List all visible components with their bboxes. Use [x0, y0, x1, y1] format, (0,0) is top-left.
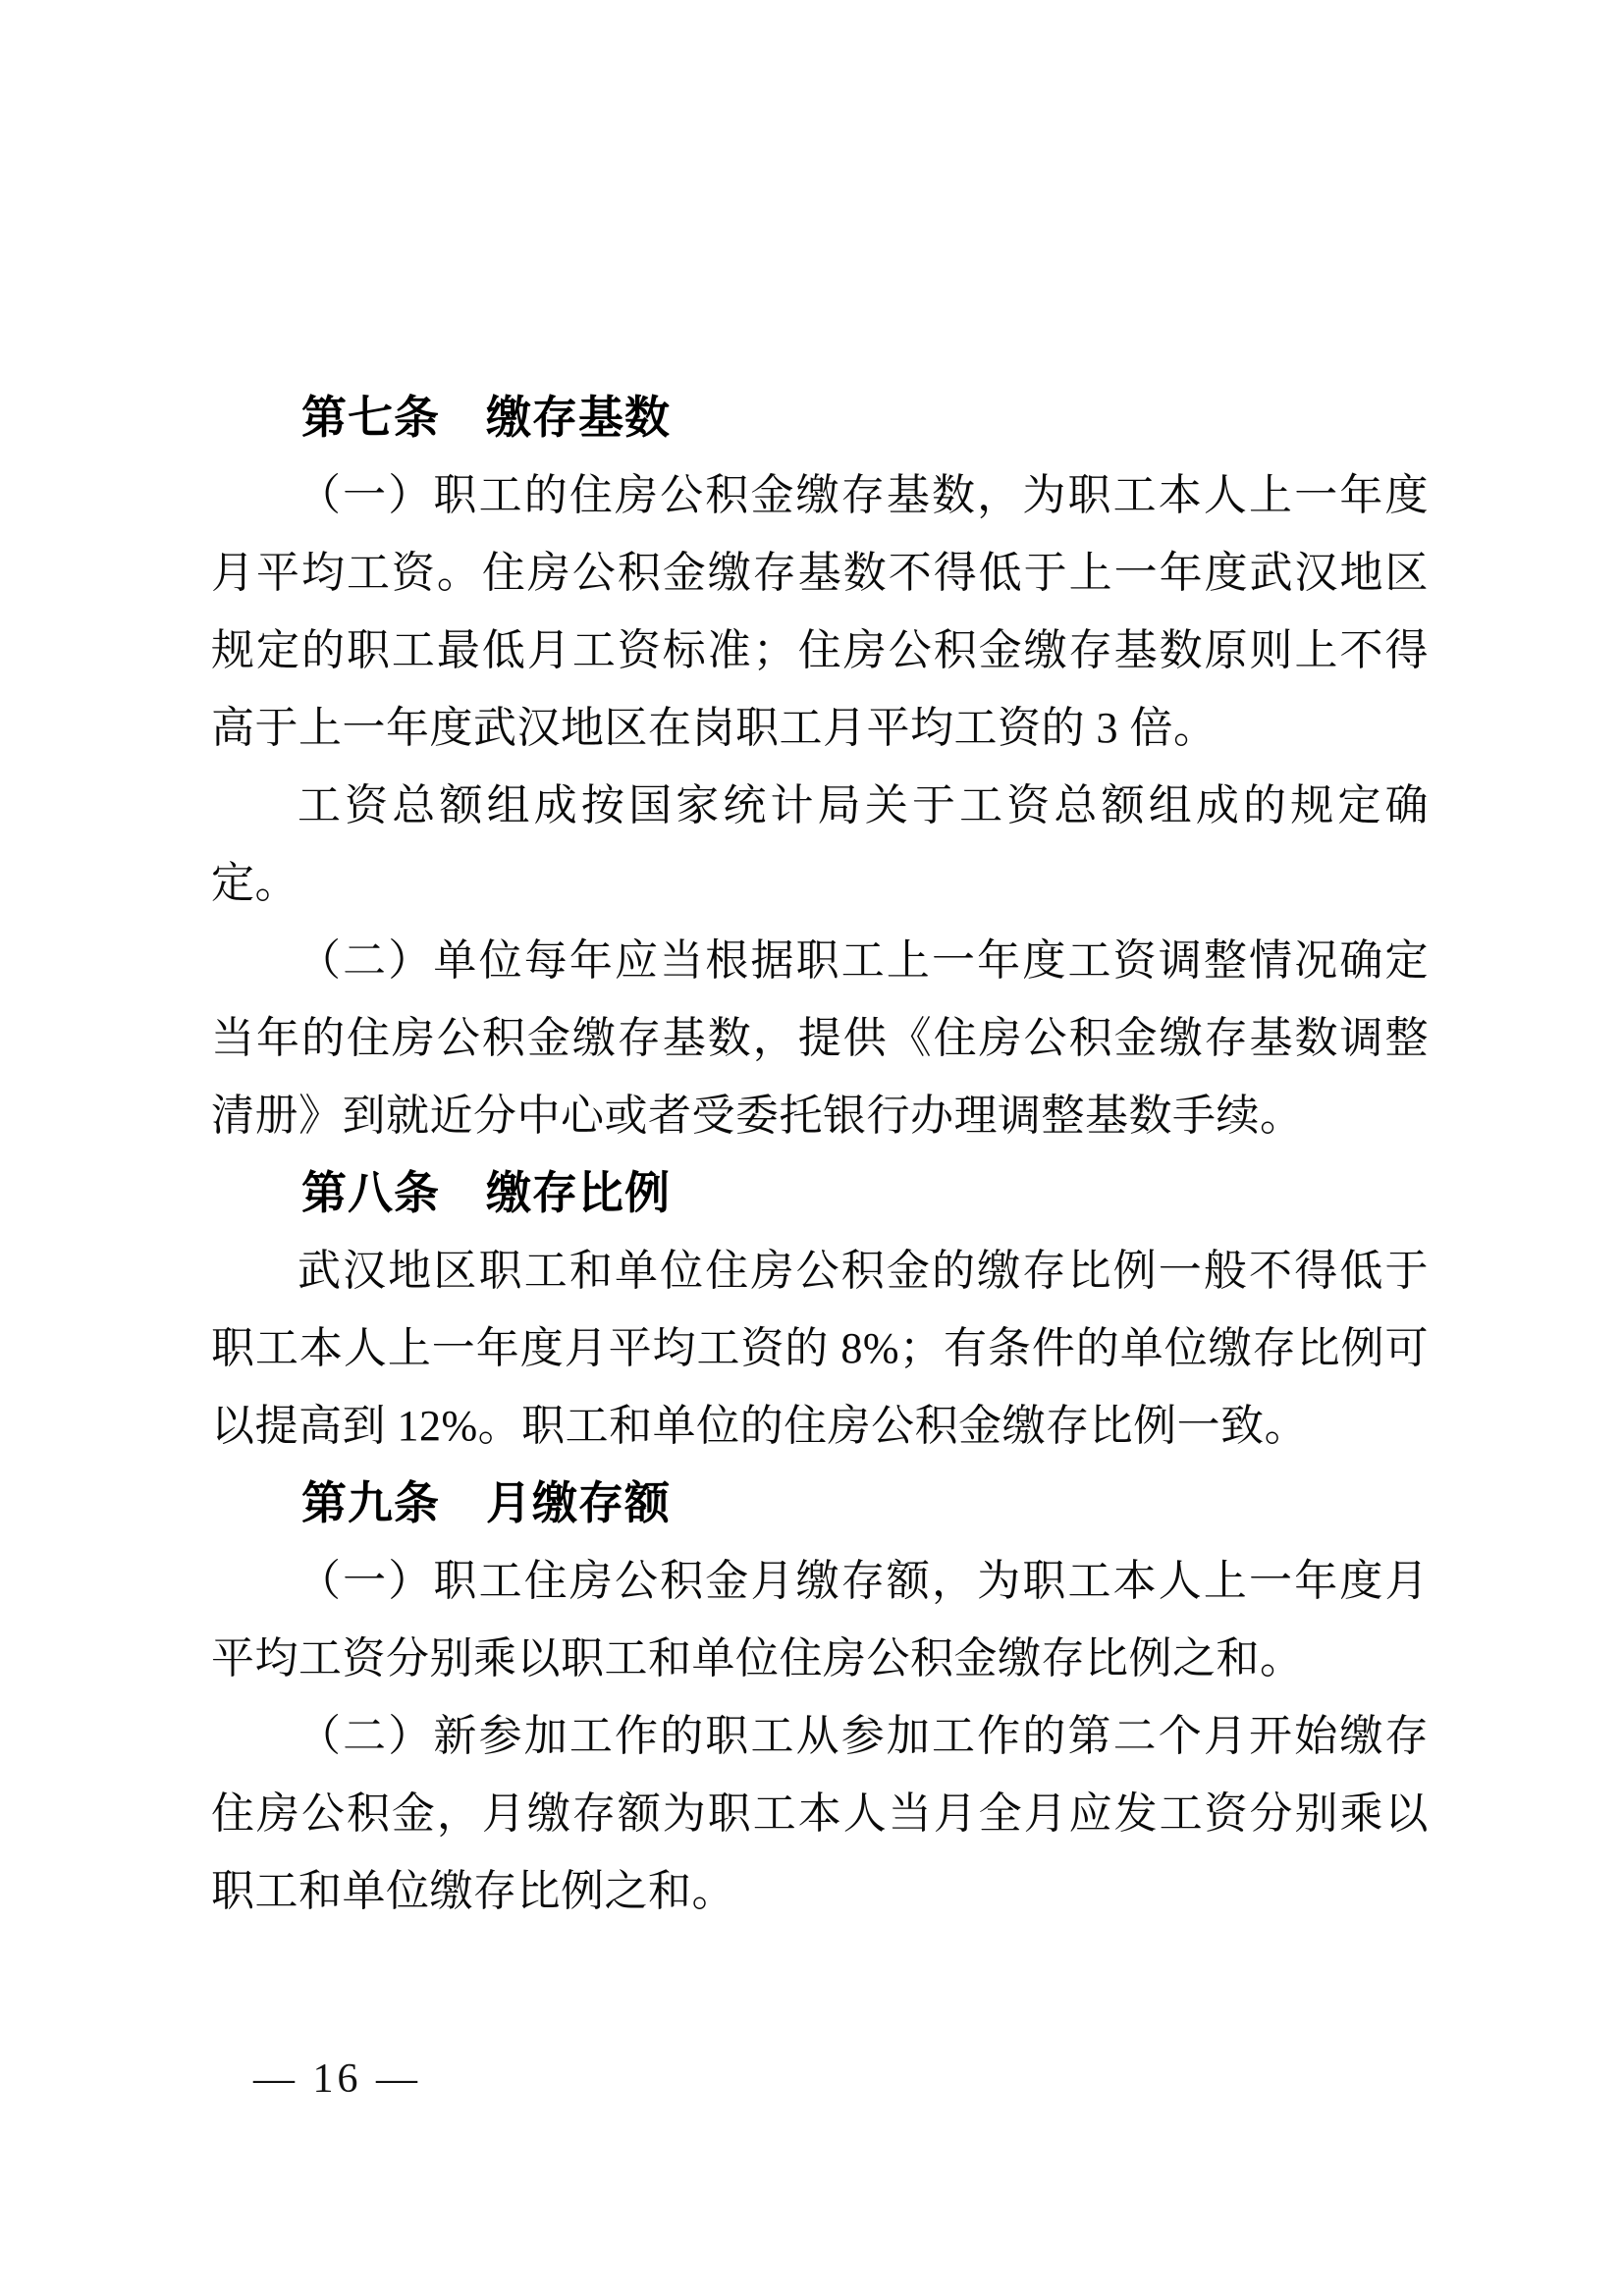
- article-9-paragraph-1: （一）职工住房公积金月缴存额，为职工本人上一年度月平均工资分别乘以职工和单位住房…: [211, 1542, 1429, 1697]
- article-7-paragraph-3: （二）单位每年应当根据职工上一年度工资调整情况确定当年的住房公积金缴存基数，提供…: [211, 922, 1429, 1154]
- page-footer: — 16 —: [253, 2054, 421, 2105]
- article-8-paragraph-1: 武汉地区职工和单位住房公积金的缴存比例一般不得低于职工本人上一年度月平均工资的 …: [211, 1232, 1429, 1465]
- document-body: 第七条 缴存基数 （一）职工的住房公积金缴存基数，为职工本人上一年度月平均工资。…: [211, 379, 1429, 1930]
- document-page: 第七条 缴存基数 （一）职工的住房公积金缴存基数，为职工本人上一年度月平均工资。…: [0, 0, 1623, 2296]
- article-8-heading: 第八条 缴存比例: [211, 1154, 1429, 1232]
- article-7-heading: 第七条 缴存基数: [211, 379, 1429, 456]
- article-7-paragraph-1: （一）职工的住房公积金缴存基数，为职工本人上一年度月平均工资。住房公积金缴存基数…: [211, 456, 1429, 767]
- article-7-paragraph-2: 工资总额组成按国家统计局关于工资总额组成的规定确定。: [211, 767, 1429, 922]
- page-number: — 16 —: [253, 2056, 421, 2102]
- article-9-paragraph-2: （二）新参加工作的职工从参加工作的第二个月开始缴存住房公积金，月缴存额为职工本人…: [211, 1697, 1429, 1930]
- article-9-heading: 第九条 月缴存额: [211, 1465, 1429, 1542]
